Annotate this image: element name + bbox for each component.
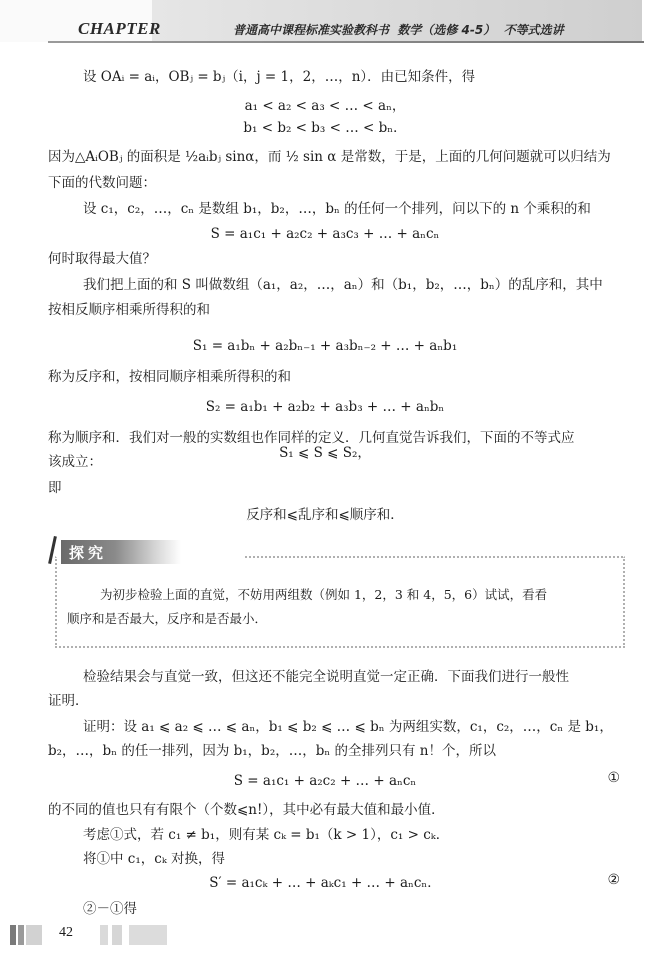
equation-words: 反序和⩽乱序和⩽顺序和．: [0, 506, 650, 524]
header-rule: [48, 41, 644, 43]
text-line: 检验结果会与直觉一致，但这还不能完全说明直觉一定正确．下面我们进行一般性: [83, 668, 569, 686]
text-line: 证明．: [48, 692, 89, 710]
text-line: 考虑①式，若 c₁ ≠ b₁，则有某 cₖ = b₁（k > 1），c₁ > c…: [83, 826, 449, 844]
text-line: ②－①得: [83, 900, 137, 918]
text-line: 因为△AᵢOBⱼ 的面积是 ½aᵢbⱼ sinα，而 ½ sin α 是常数，于…: [48, 148, 611, 166]
book-title: 普通高中课程标准实验教科书 数学（选修 4-5） 不等式选讲: [233, 21, 564, 38]
equation-S2: S₂ = a₁b₁ + a₂b₂ + a₃b₃ + … + aₙbₙ: [0, 398, 650, 416]
footer-block: [10, 925, 16, 945]
footer-block: [18, 925, 24, 945]
text-line: 的不同的值也只有有限个（个数⩽n!），其中必有最大值和最小值．: [48, 801, 445, 819]
equation-number-1: ①: [607, 770, 620, 786]
explore-box: 探究 为初步检验上面的直觉，不妨用两组数（例如 1，2，3 和 4，5，6）试试…: [55, 556, 625, 656]
text-line: 下面的代数问题：: [48, 174, 156, 192]
equation-2: S′ = a₁cₖ + … + aₖc₁ + … + aₙcₙ．: [0, 874, 650, 892]
footer-block: [100, 925, 108, 945]
text-line: 即: [48, 479, 62, 497]
equation-S: S = a₁c₁ + a₂c₂ + a₃c₃ + … + aₙcₙ: [0, 225, 650, 243]
equation-1: S = a₁c₁ + a₂c₂ + … + aₙcₙ: [0, 772, 650, 790]
equation-S1: S₁ = a₁bₙ + a₂bₙ₋₁ + a₃bₙ₋₂ + … + aₙb₁: [0, 337, 650, 355]
footer-block: [129, 925, 167, 945]
equation-number-2: ②: [607, 872, 620, 888]
text-line: 设 OAᵢ = aᵢ，OBⱼ = bⱼ（i，j = 1，2，…，n）．由已知条件…: [83, 68, 475, 86]
explore-text: 顺序和是否最大，反序和是否最小．: [67, 609, 267, 627]
page-number: 42: [59, 925, 73, 941]
explore-tag-label: 探究: [69, 542, 107, 563]
inequality-b: b₁ < b₂ < b₃ < … < bₙ．: [0, 119, 650, 137]
inequality-a: a₁ < a₂ < a₃ < … < aₙ，: [0, 97, 650, 115]
text-line: b₂，…，bₙ 的任一排列，因为 b₁，b₂，…，bₙ 的全排列只有 n！个，所…: [48, 742, 496, 760]
text-line: 我们把上面的和 S 叫做数组（a₁，a₂，…，aₙ）和（b₁，b₂，…，bₙ）的…: [83, 276, 603, 294]
chapter-label: CHAPTER: [78, 19, 161, 39]
explore-top-border: [245, 556, 623, 558]
text-line: 何时取得最大值？: [48, 250, 156, 268]
footer-block: [26, 925, 42, 945]
text-line: 称为反序和，按相同顺序相乘所得积的和: [48, 368, 291, 386]
page-header: CHAPTER 普通高中课程标准实验教科书 数学（选修 4-5） 不等式选讲: [0, 0, 650, 44]
footer-block: [112, 925, 122, 945]
text-line: 将①中 c₁，cₖ 对换，得: [83, 850, 225, 868]
text-line: 证明：设 a₁ ⩽ a₂ ⩽ … ⩽ aₙ，b₁ ⩽ b₂ ⩽ … ⩽ bₙ 为…: [83, 718, 613, 736]
equation-inequality: S₁ ⩽ S ⩽ S₂，: [0, 444, 650, 462]
text-line: 按相反顺序相乘所得积的和: [48, 301, 210, 319]
explore-text: 为初步检验上面的直觉，不妨用两组数（例如 1，2，3 和 4，5，6）试试，看看: [100, 585, 547, 603]
text-line: 设 c₁，c₂，…，cₙ 是数组 b₁，b₂，…，bₙ 的任何一个排列，问以下的…: [83, 200, 591, 218]
